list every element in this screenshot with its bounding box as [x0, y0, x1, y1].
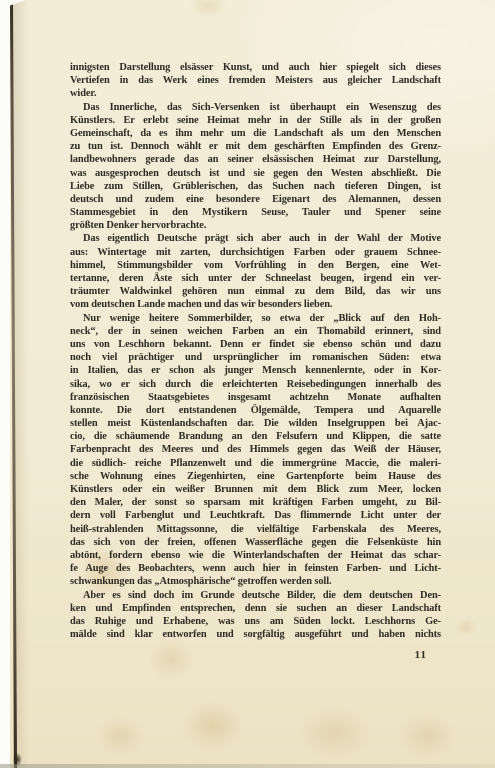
page-number: 11 — [415, 649, 427, 661]
page-edge-wedge — [0, 0, 26, 9]
text-line: zu tun ist. Dennoch wählt er mit dem ges… — [70, 140, 441, 153]
text-line: den Maler, der sonst so sparsam mit kräf… — [70, 496, 441, 509]
text-line: Stammesgebiet in den Mystikern Seuse, Ta… — [70, 206, 441, 219]
text-line: schwankungen das „Atmosphärische“ getrof… — [70, 575, 441, 588]
text-line: Aber es sind doch im Grunde deutsche Bil… — [70, 589, 441, 602]
text-line: innigsten Darstellung elsässer Kunst, un… — [70, 61, 441, 74]
text-line: deutsch und zudem eine besondere Eigenar… — [70, 193, 441, 206]
text-line: Gemeinschaft, da es ihm mehr um die Land… — [70, 127, 441, 140]
text-line: abtönt, fordern ebenso wie die Winterlan… — [70, 549, 441, 562]
text-line: sche Wohnung eines Ziegenhirten, eine Ga… — [70, 470, 441, 483]
text-line: französischen Staatsgebietes insgesamt a… — [70, 391, 441, 404]
body-text-block: innigsten Darstellung elsässer Kunst, un… — [70, 61, 441, 641]
foxing-stain — [148, 638, 194, 680]
foxing-stain — [298, 706, 372, 760]
text-line: das sich von der freien, offenen Wasserf… — [70, 536, 441, 549]
text-line: Künstlers. Er erlebt seine Heimat mehr i… — [70, 114, 441, 127]
text-line: neck“, der in seinen weichen Farben an e… — [70, 325, 441, 338]
text-line: Das eigentlich Deutsche prägt sich aber … — [70, 232, 441, 245]
text-line: noch viel prächtiger und ursprünglicher … — [70, 351, 441, 364]
text-line: heiß-strahlenden Mittagssonne, die vielf… — [70, 523, 441, 536]
text-line: aus: Wintertage mit zarten, durchsichtig… — [70, 246, 441, 259]
text-line: himmel, Stimmungsbilder vom Vorfrühling … — [70, 259, 441, 272]
foxing-stain — [182, 700, 244, 752]
text-line: dern voll Farbenglut und Leuchtkraft. Da… — [70, 509, 441, 522]
bottom-scan-edge — [0, 764, 495, 768]
text-line: in Italien, das er schon als junger Mens… — [70, 364, 441, 377]
text-line: stellen meist Küstenlandschaften dar. Di… — [70, 417, 441, 430]
text-line: Vertiefen in das Werk eines fremden Meis… — [70, 74, 441, 87]
text-line: vom deutschen Lande machen und das wir b… — [70, 298, 441, 311]
text-line: Liebe zum Stillen, Grüblerischen, das Su… — [70, 180, 441, 193]
text-line: was ausgesprochen deutsch ist und sie ge… — [70, 167, 441, 180]
text-line: konnte. Die dort entstandenen Ölgemälde,… — [70, 404, 441, 417]
gutter-dark-spot — [13, 753, 22, 766]
text-line: die südlich- reiche Pflanzenwelt und die… — [70, 457, 441, 470]
scanned-book-page: innigsten Darstellung elsässer Kunst, un… — [0, 0, 495, 768]
text-line: fe Auge des Beobachters, wenn auch hier … — [70, 562, 441, 575]
text-line: landbewohners gerade das an seiner elsäs… — [70, 153, 441, 166]
text-line: Das Innerliche, das Sich-Versenken ist ü… — [70, 101, 441, 114]
text-line: mälde sind klar entworfen und sorgfältig… — [70, 628, 441, 641]
text-line: das Ruhige und Erhabene, was uns am Süde… — [70, 615, 441, 628]
text-line: uns von Leschhorn bekannt. Denn er finde… — [70, 338, 441, 351]
text-line: sika, wo er sich durch die erleichterten… — [70, 378, 441, 391]
foxing-stain — [455, 618, 477, 636]
text-line: Künstlers oder ein weißer Brunnen mit de… — [70, 483, 441, 496]
text-line: tertanne, deren Äste sich unter der Schn… — [70, 272, 441, 285]
text-line: cio, die schäumende Brandung an den Fels… — [70, 430, 441, 443]
text-line: Nur wenige heitere Sommerbilder, so etwa… — [70, 312, 441, 325]
foxing-stain — [96, 716, 144, 756]
text-line: wider. — [70, 87, 441, 100]
text-line: Farbenpracht des Meeres und des Himmels … — [70, 443, 441, 456]
text-line: größten Denker hervorbrachte. — [70, 219, 441, 232]
foxing-stain — [398, 712, 456, 760]
scan-left-margin — [0, 0, 10, 768]
text-line: ken und Empfinden entsprechen, denn sie … — [70, 602, 441, 615]
text-line: träumter Waldwinkel gehören nun einmal z… — [70, 285, 441, 298]
